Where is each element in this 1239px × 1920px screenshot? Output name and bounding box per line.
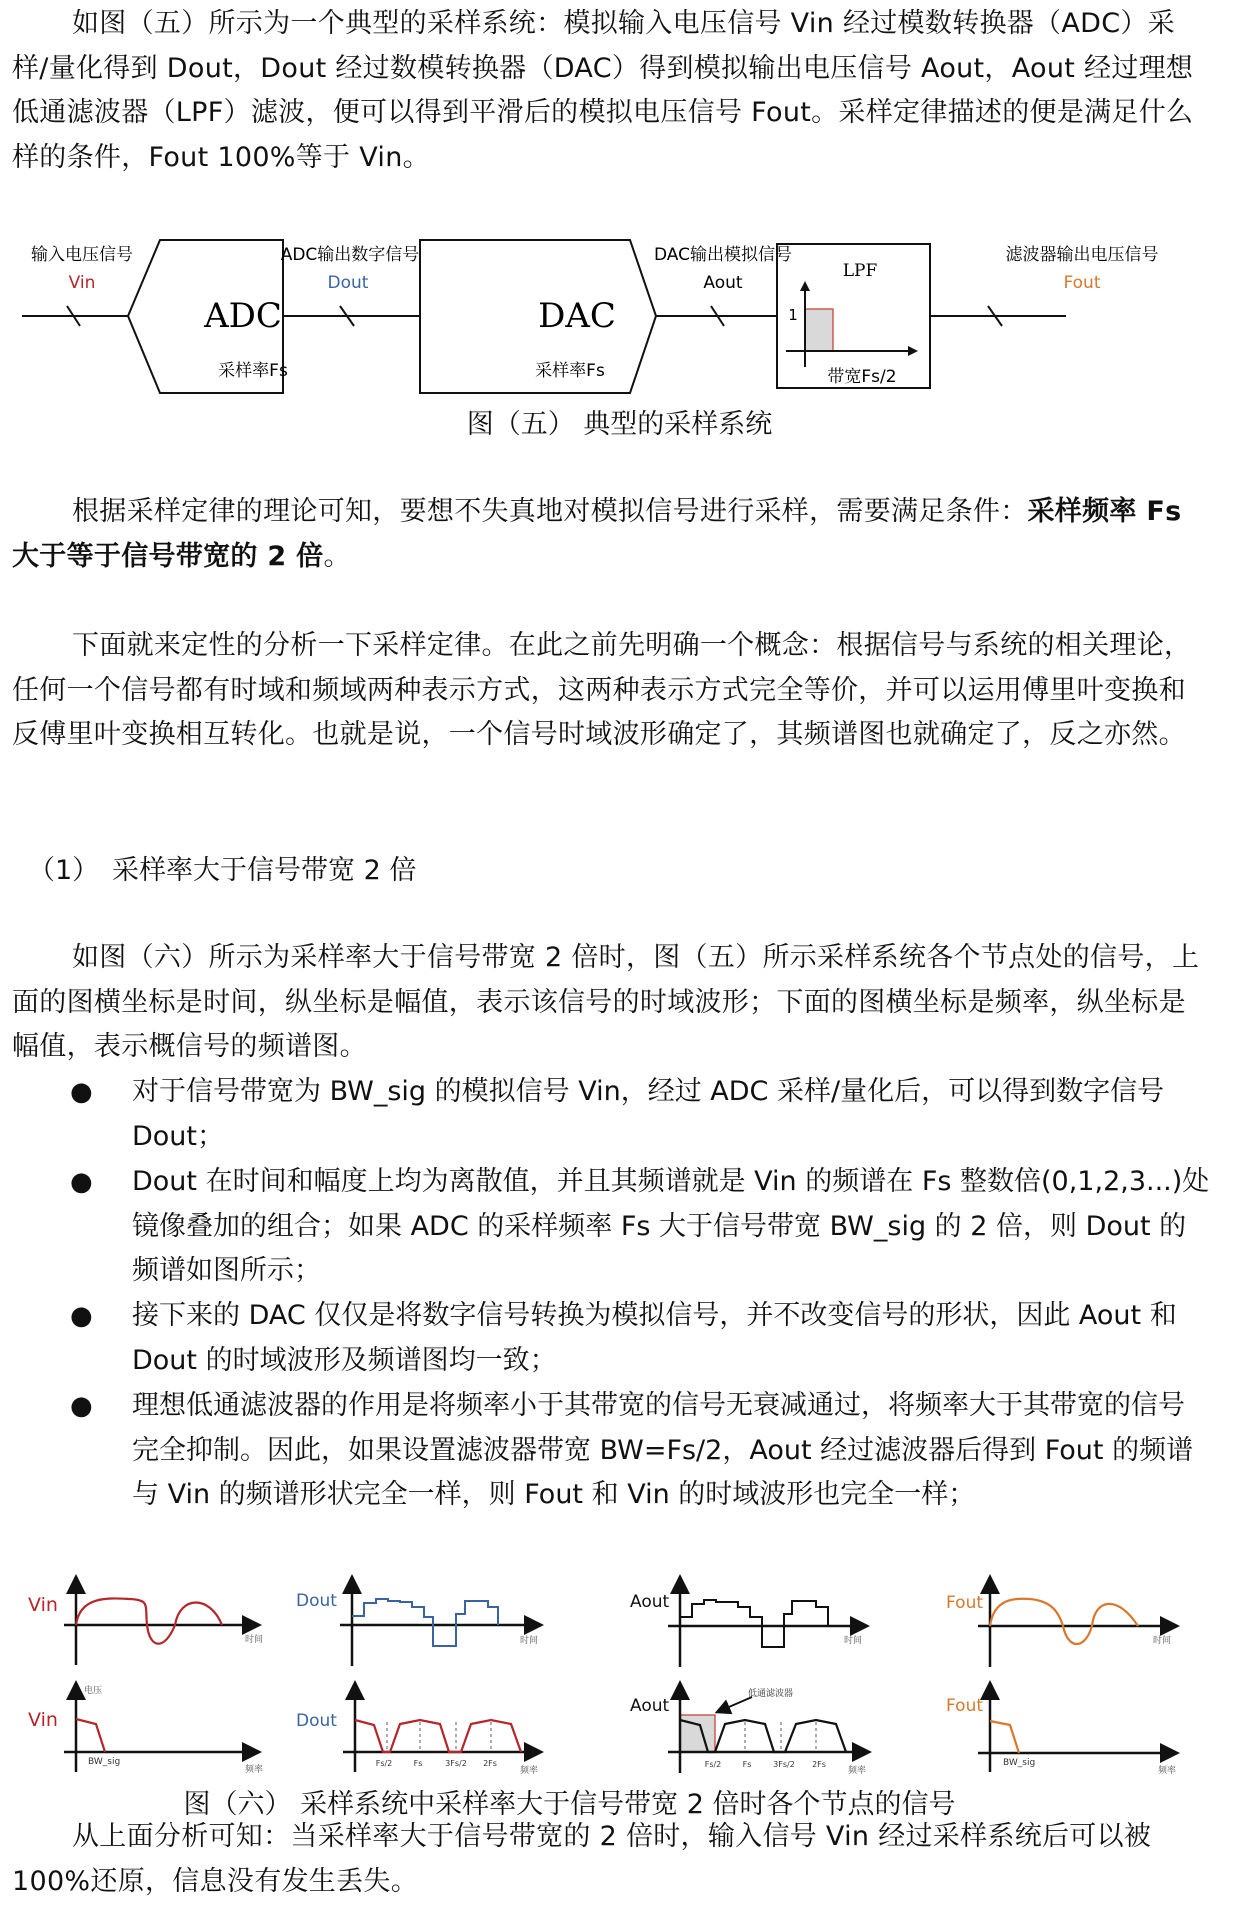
adc-rate-label: 采样率Fs	[218, 361, 288, 381]
tick-label: Fs	[743, 1760, 752, 1769]
tick-label: Fs/2	[376, 1759, 393, 1768]
tick-label: 2Fs	[812, 1760, 826, 1769]
dout-freq-label: Dout	[296, 1711, 337, 1731]
figure5-caption: 图（五） 典型的采样系统	[0, 402, 1239, 441]
figure6-explanation-paragraph: 如图（六）所示为采样率大于信号带宽 2 倍时，图（五）所示采样系统各个节点处的信…	[12, 936, 1202, 1070]
concept-paragraph: 下面就来定性的分析一下采样定律。在此之前先明确一个概念：根据信号与系统的相关理论…	[12, 624, 1202, 758]
adc-output-label: ADC输出数字信号	[281, 245, 420, 265]
lpf-gain-label: 1	[788, 306, 798, 324]
fout-panel: Fout 时间 Fout BW_sig 频率	[946, 1584, 1176, 1776]
bullet-item: ● 接下来的 DAC 仅仅是将数字信号转换为模拟信号，并不改变信号的形状，因此 …	[70, 1294, 1210, 1384]
section-heading-1: （1）采样率大于信号带宽 2 倍	[28, 848, 416, 887]
aout-freq-label: Aout	[630, 1696, 670, 1716]
tick-label: 3Fs/2	[445, 1759, 467, 1768]
sampling-condition-paragraph: 根据采样定律的理论可知，要想不失真地对模拟信号进行采样，需要满足条件：采样频率 …	[12, 490, 1202, 579]
vin-panel: Vin 时间 Vin 电压 BW_sig 频率	[28, 1584, 263, 1775]
bullet-icon: ●	[70, 1070, 93, 1115]
bullet-text: 对于信号带宽为 BW_sig 的模拟信号 Vin，经过 ADC 采样/量化后，可…	[132, 1070, 1210, 1159]
bullet-text: 接下来的 DAC 仅仅是将数字信号转换为模拟信号，并不改变信号的形状，因此 Ao…	[132, 1294, 1210, 1383]
time-axis-label: 时间	[520, 1634, 538, 1646]
tick-label: Fs	[414, 1759, 423, 1768]
bullet-icon: ●	[70, 1160, 93, 1205]
section-number: （1）	[28, 848, 112, 887]
dac-output-label: DAC输出模拟信号	[654, 245, 792, 265]
vin-freq-label: Vin	[28, 1709, 58, 1731]
freq-axis-label: 频率	[1158, 1764, 1176, 1776]
time-axis-label: 时间	[844, 1634, 862, 1646]
dout-time-label: Dout	[296, 1591, 337, 1611]
freq-axis-label: 频率	[245, 1763, 263, 1775]
bullet-item: ● 对于信号带宽为 BW_sig 的模拟信号 Vin，经过 ADC 采样/量化后…	[70, 1070, 1210, 1160]
lpf-bandwidth-label: 带宽Fs/2	[827, 367, 896, 387]
fout-time-label: Fout	[946, 1593, 983, 1613]
fout-label: Fout	[1063, 273, 1100, 293]
fout-freq-label: Fout	[946, 1696, 983, 1716]
freq-axis-label: 频率	[848, 1764, 866, 1776]
bullet-item: ● Dout 在时间和幅度上均为离散值，并且其频谱就是 Vin 的频谱在 Fs …	[70, 1160, 1210, 1294]
bullet-icon: ●	[70, 1294, 93, 1339]
freq-axis-label: 频率	[520, 1764, 538, 1776]
tick-label: 3Fs/2	[773, 1760, 795, 1769]
tick-label: 2Fs	[483, 1759, 497, 1768]
figure5-sampling-system-diagram: ADC 采样率Fs DAC 采样率Fs LPF 1 带宽Fs/2 输入电压信号 …	[0, 225, 1239, 405]
aout-panel: Aout 时间 Aout 低通滤波器 Fs/2 Fs 3Fs/2 2Fs 频率	[630, 1584, 866, 1776]
bullet-icon: ●	[70, 1384, 93, 1429]
dac-rate-label: 采样率Fs	[535, 361, 605, 381]
bw-sig-label: BW_sig	[1003, 1758, 1035, 1768]
figure6-node-signals: Vin 时间 Vin 电压 BW_sig 频率 Dout 时间 Dout Fs/…	[0, 1560, 1239, 1780]
vin-time-label: Vin	[28, 1594, 58, 1616]
voltage-axis-label: 电压	[84, 1684, 102, 1696]
condition-text: 根据采样定律的理论可知，要想不失真地对模拟信号进行采样，需要满足条件：	[72, 496, 1028, 527]
input-signal-label: 输入电压信号	[31, 245, 133, 265]
aout-label: Aout	[703, 273, 743, 293]
aout-time-label: Aout	[630, 1592, 670, 1612]
time-axis-label: 时间	[245, 1633, 263, 1645]
dout-panel: Dout 时间 Dout Fs/2 Fs 3Fs/2 2Fs 频率	[296, 1584, 538, 1776]
tick-label: Fs/2	[705, 1760, 722, 1769]
condition-end: 。	[324, 541, 351, 572]
lpf-annotation: 低通滤波器	[748, 1687, 793, 1699]
bullet-text: 理想低通滤波器的作用是将频率小于其带宽的信号无衰减通过，将频率大于其带宽的信号完…	[132, 1384, 1210, 1518]
conclusion-paragraph: 从上面分析可知：当采样率大于信号带宽的 2 倍时，输入信号 Vin 经过采样系统…	[12, 1815, 1202, 1904]
intro-paragraph: 如图（五）所示为一个典型的采样系统：模拟输入电压信号 Vin 经过模数转换器（A…	[12, 2, 1202, 180]
lpf-passband	[805, 309, 833, 351]
dac-label: DAC	[538, 296, 616, 336]
dout-label: Dout	[328, 273, 369, 293]
adc-label: ADC	[203, 296, 282, 336]
bullet-text: Dout 在时间和幅度上均为离散值，并且其频谱就是 Vin 的频谱在 Fs 整数…	[132, 1160, 1210, 1294]
time-axis-label: 时间	[1153, 1634, 1171, 1646]
vin-label: Vin	[69, 273, 96, 293]
section-title: 采样率大于信号带宽 2 倍	[112, 855, 416, 886]
lpf-label: LPF	[843, 261, 878, 281]
bullet-item: ● 理想低通滤波器的作用是将频率小于其带宽的信号无衰减通过，将频率大于其带宽的信…	[70, 1384, 1210, 1518]
filter-output-label: 滤波器输出电压信号	[1006, 245, 1159, 265]
bw-sig-label: BW_sig	[88, 1757, 120, 1767]
